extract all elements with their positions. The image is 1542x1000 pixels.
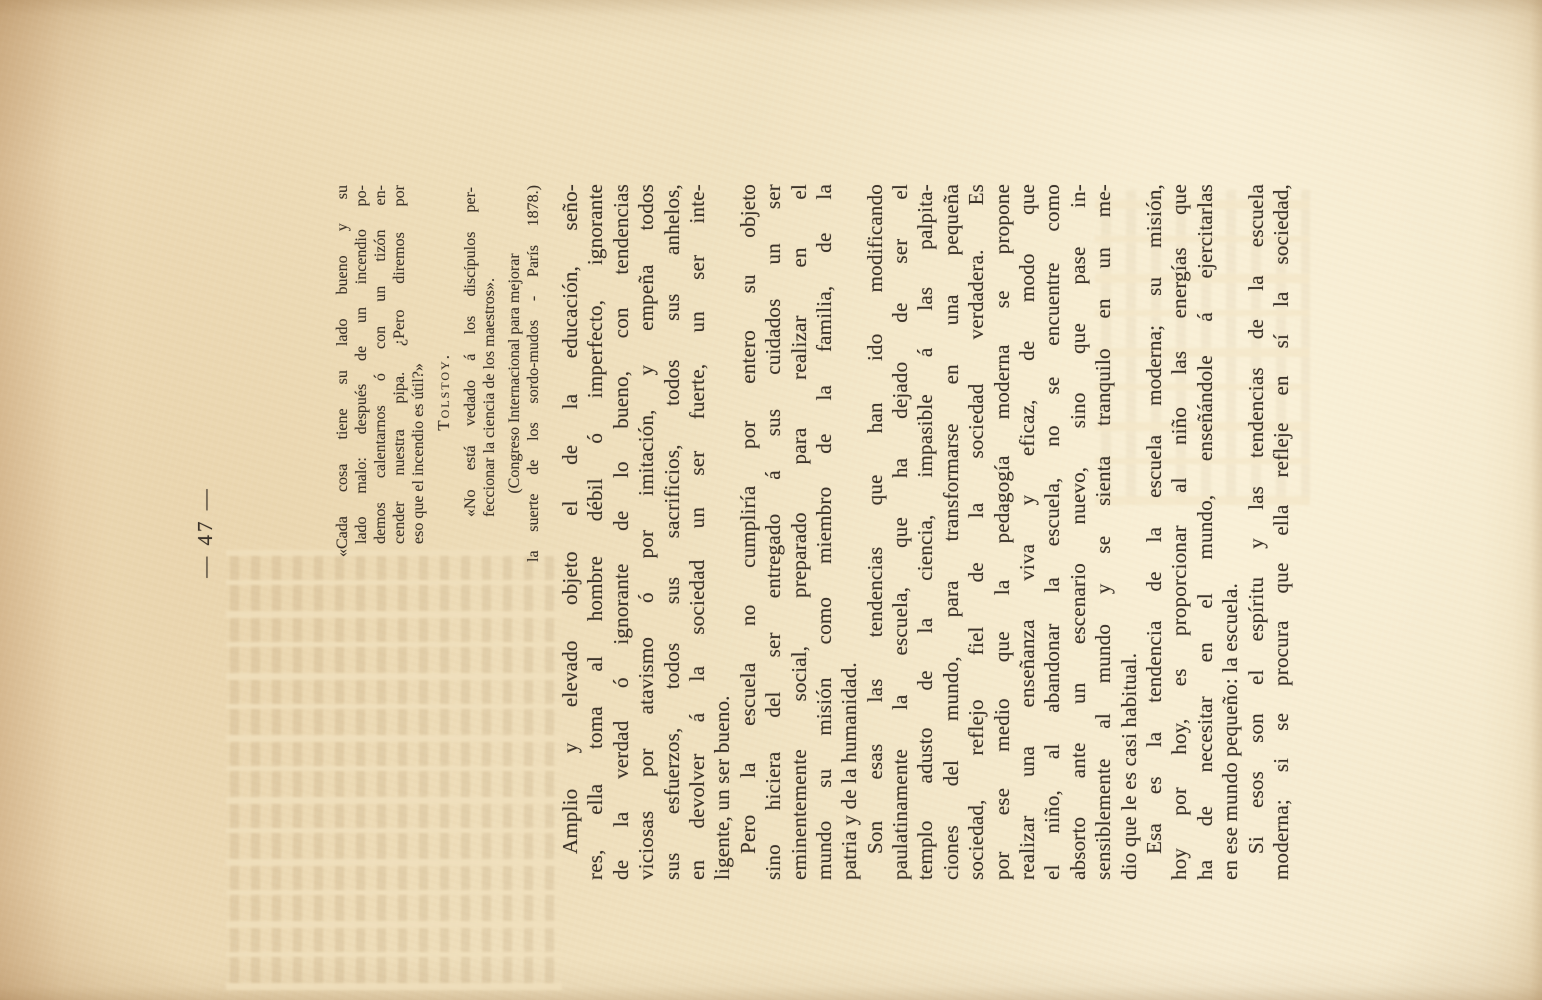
text-line: en devolver á la sociedad un ser fuerte,… bbox=[685, 184, 710, 880]
text-line: «Cada cosa tiene su lado bueno y su bbox=[333, 185, 352, 557]
text-line: ciones del mundo, para transformarse en … bbox=[939, 184, 964, 880]
epigraph-attribution-tolstoy: Tolstoy. bbox=[434, 185, 453, 565]
text-line: realizar una enseñanza viva y eficaz, de… bbox=[1015, 184, 1040, 880]
epigraph-attribution-congress: (Congreso Internacional para mejorarla s… bbox=[505, 185, 543, 562]
text-line: moderna; si se procura que ella refleje … bbox=[1269, 184, 1294, 880]
text-line: eminentemente social, preparado para rea… bbox=[787, 184, 812, 880]
page-number: — 47 — bbox=[193, 184, 218, 880]
text-line: Si esos son el espíritu y las tendencias… bbox=[1244, 184, 1269, 880]
page-content: — 47 — «Cada cosa tiene su lado bueno y … bbox=[0, 0, 1542, 1000]
text-line: demos calentarnos ó con un tizón en- bbox=[371, 185, 390, 557]
text-line: «No está vedado á los discípulos per- bbox=[461, 187, 480, 517]
text-line: Pero la escuela no cumpliría por entero … bbox=[736, 184, 761, 880]
body-text: Amplio y elevado objeto el de la educaci… bbox=[558, 184, 1294, 880]
text-line: el niño, al abandonar la escuela, no se … bbox=[1040, 184, 1065, 880]
text-line: hoy por hoy, es proporcionar al niño las… bbox=[1167, 184, 1192, 880]
text-line: viciosas por atavismo ó por imitación, y… bbox=[634, 184, 659, 880]
scanned-page: — 47 — «Cada cosa tiene su lado bueno y … bbox=[0, 0, 1542, 1000]
text-line: lado malo: después de un incendio po- bbox=[352, 185, 371, 557]
text-line: sensiblemente al mundo y se sienta tranq… bbox=[1091, 184, 1116, 880]
epigraph-block: «Cada cosa tiene su lado bueno y sulado … bbox=[333, 185, 543, 565]
text-line: en ese mundo pequeño: la escuela. bbox=[1218, 184, 1243, 880]
text-line: Son esas las tendencias que han ido modi… bbox=[863, 184, 888, 880]
text-line: sociedad, reflejo fiel de la sociedad ve… bbox=[964, 184, 989, 880]
text-line: sus esfuerzos, todos sus sacrificios, to… bbox=[660, 184, 685, 880]
text-line: templo adusto de la ciencia, impasible á… bbox=[913, 184, 938, 880]
text-line: feccionar la ciencia de los maestros». bbox=[480, 187, 499, 517]
epigraph-quote-tolstoy: «Cada cosa tiene su lado bueno y sulado … bbox=[333, 185, 428, 557]
text-line: Esa es la tendencia de la escuela modern… bbox=[1142, 184, 1167, 880]
text-line: paulatinamente la escuela, que ha dejado… bbox=[888, 184, 913, 880]
text-line: (Congreso Internacional para mejorar bbox=[505, 185, 524, 562]
text-line: ha de necesitar en el mundo, enseñándole… bbox=[1193, 184, 1218, 880]
text-line: dio que le es casi habitual. bbox=[1117, 184, 1142, 880]
text-line: la suerte de los sordo-mudos - París 187… bbox=[524, 185, 543, 562]
text-line: sino hiciera del ser entregado á sus cui… bbox=[761, 184, 786, 880]
text-line: de la verdad ó ignorante de lo bueno, co… bbox=[609, 184, 634, 880]
text-line: Amplio y elevado objeto el de la educaci… bbox=[558, 184, 583, 880]
text-line: patria y de la humanidad. bbox=[837, 184, 862, 880]
text-line: cender nuestra pipa. ¿Pero diremos por bbox=[390, 185, 409, 557]
text-line: absorto ante un escenario nuevo, sino qu… bbox=[1066, 184, 1091, 880]
text-line: res, ella toma al hombre débil ó imperfe… bbox=[583, 184, 608, 880]
bleed-through-text-upper bbox=[226, 550, 562, 990]
epigraph-quote-congress: «No está vedado á los discípulos per-fec… bbox=[461, 187, 499, 517]
text-line: mundo su misión como miembro de la famil… bbox=[812, 184, 837, 880]
text-line: por ese medio que la pedagogía moderna s… bbox=[990, 184, 1015, 880]
text-line: eso que el incendio es útil?» bbox=[409, 185, 428, 557]
text-line: ligente, un ser bueno. bbox=[710, 184, 735, 880]
